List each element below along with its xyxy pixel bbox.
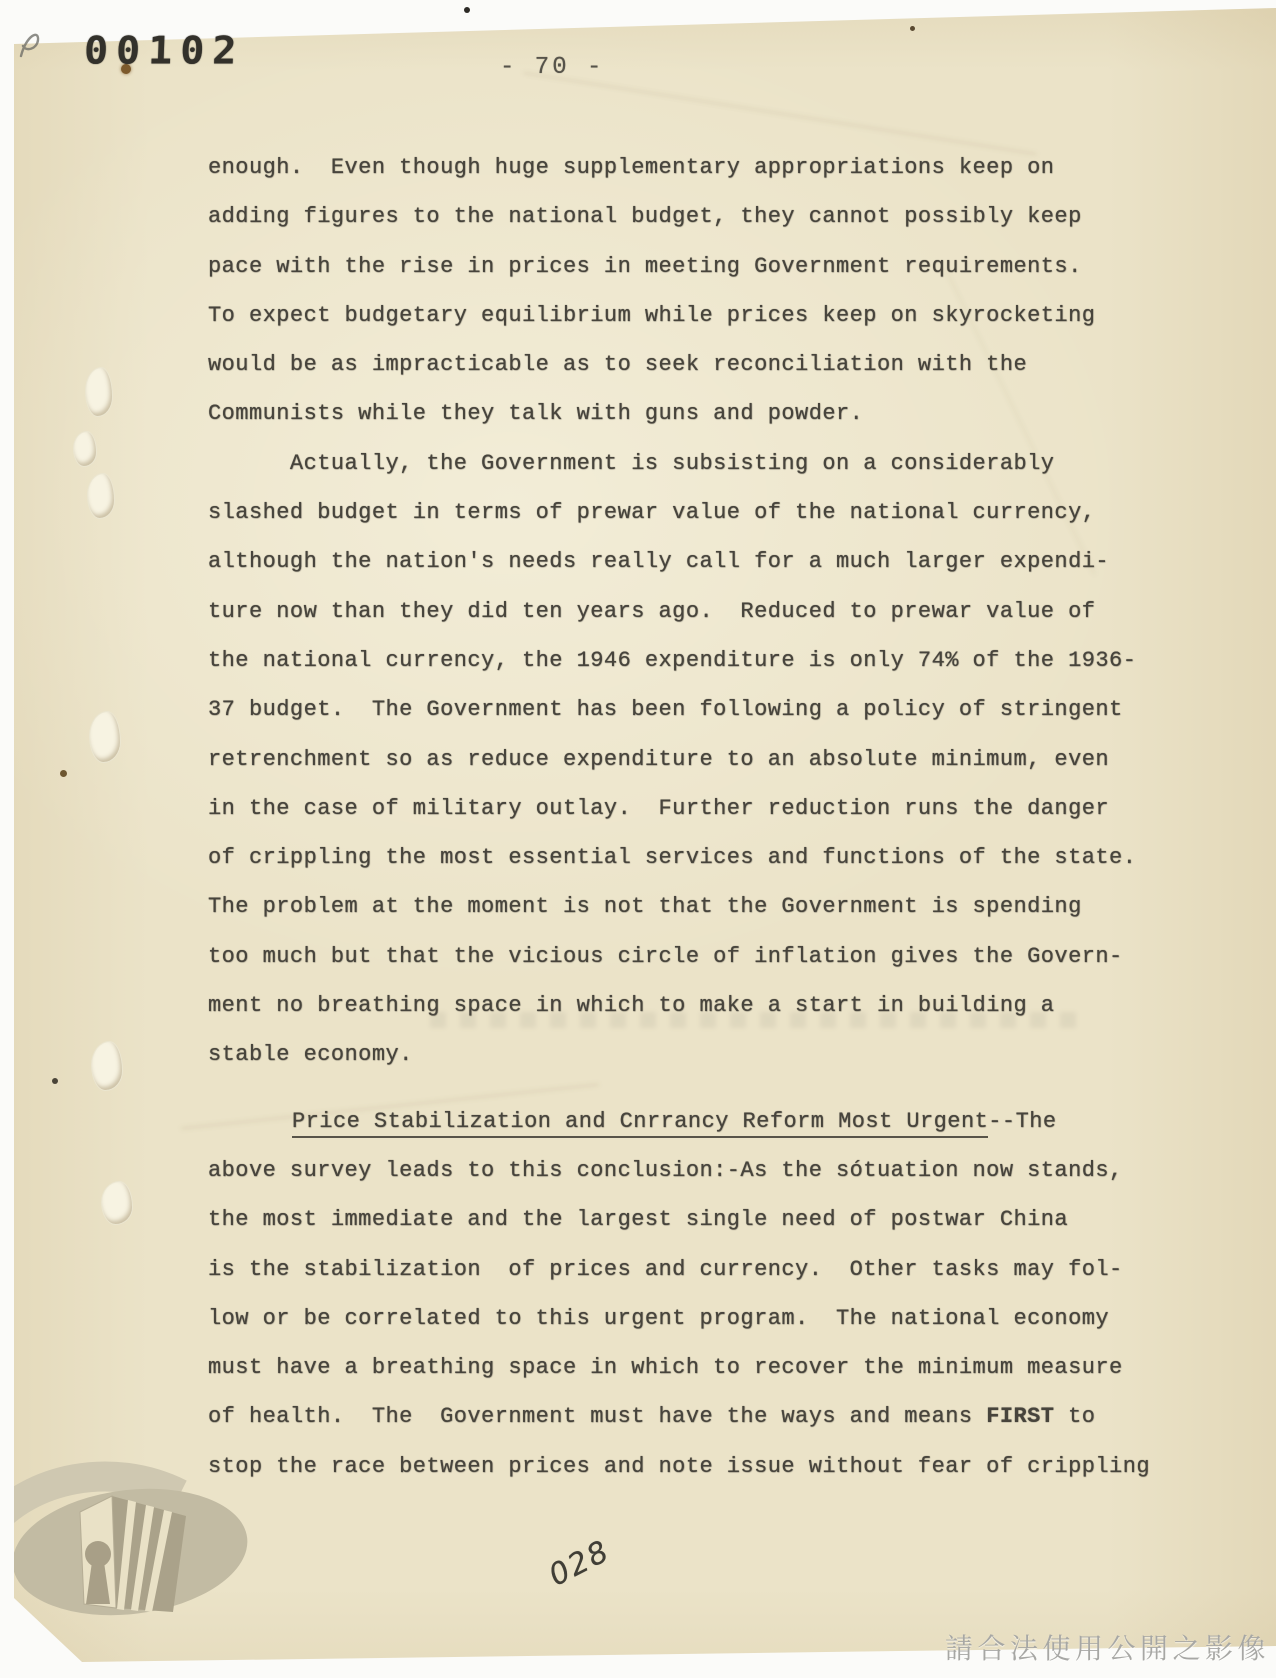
scanned-document-page: { "page": { "stamp": "00102", "page_numb… [0,0,1276,1678]
typewritten-line: The problem at the moment is not that th… [208,882,1198,931]
paper-sheet: enough. Even though huge supplementary a… [0,0,1276,1678]
ink-speck [910,26,915,31]
punch-hole [88,474,114,518]
typewritten-line: Communists while they talk with guns and… [208,389,1198,438]
handwritten-check-mark [14,24,64,66]
typewritten-line: stable economy. [208,1030,1198,1079]
typewritten-line: adding figures to the national budget, t… [208,192,1198,241]
typewritten-line: would be as impracticable as to seek rec… [208,340,1198,389]
typewritten-line: too much but that the vicious circle of … [208,932,1198,981]
section-heading-underlined: Price Stabilization and Cnrrancy Reform … [292,1109,988,1138]
paragraph-price-stabilization: Price Stabilization and Cnrrancy Reform … [208,1097,1198,1491]
typewritten-line: is the stabilization of prices and curre… [208,1245,1198,1294]
ink-speck [52,1078,58,1084]
punch-hole [92,1042,122,1090]
typewritten-line: the national currency, the 1946 expendit… [208,636,1198,685]
typewritten-line: low or be correlated to this urgent prog… [208,1294,1198,1343]
page-number: - 70 - [500,54,604,81]
typewritten-text-block: enough. Even though huge supplementary a… [208,143,1198,1491]
section-heading-line: Price Stabilization and Cnrrancy Reform … [208,1097,1198,1146]
emphasis-after: to [1054,1404,1095,1429]
typewritten-line: retrenchment so as reduce expenditure to… [208,735,1198,784]
typewritten-line: in the case of military outlay. Further … [208,784,1198,833]
ink-speck [60,770,67,777]
punch-hole [74,432,96,466]
ink-smudge [430,1012,1090,1028]
punch-hole [102,1182,132,1224]
typewritten-line: pace with the rise in prices in meeting … [208,242,1198,291]
typewritten-line-emphasis: of health. The Government must have the … [208,1392,1198,1441]
typewritten-line: of crippling the most essential services… [208,833,1198,882]
typewritten-line: 37 budget. The Government has been follo… [208,685,1198,734]
emphasis-word: FIRST [986,1404,1054,1429]
ink-speck [464,7,470,13]
punch-hole [86,368,112,416]
typewritten-line: ture now than they did ten years ago. Re… [208,587,1198,636]
typewritten-line: slashed budget in terms of prewar value … [208,488,1198,537]
paragraph-lines: above survey leads to this conclusion:-A… [208,1146,1198,1392]
punch-hole [90,712,120,762]
section-heading-after: --The [988,1109,1056,1134]
typewritten-line: stop the race between prices and note is… [208,1442,1198,1491]
archive-book-keyhole-logo-watermark [0,1432,270,1678]
typewritten-line: To expect budgetary equilibrium while pr… [208,291,1198,340]
typewritten-line: the most immediate and the largest singl… [208,1195,1198,1244]
paragraph-slashed-budget: Actually, the Government is subsisting o… [208,439,1198,1080]
usage-notice-caption: 請合法使用公開之影像 [945,1627,1270,1667]
typewritten-line: must have a breathing space in which to … [208,1343,1198,1392]
typewritten-line: although the nation's needs really call … [208,537,1198,586]
paragraph-budget-gap: enough. Even though huge supplementary a… [208,143,1198,439]
archive-stamp-number: 00102 [83,29,245,73]
typewritten-line: above survey leads to this conclusion:-A… [208,1146,1198,1195]
typewritten-line: enough. Even though huge supplementary a… [208,143,1198,192]
emphasis-before: of health. The Government must have the … [208,1404,986,1429]
